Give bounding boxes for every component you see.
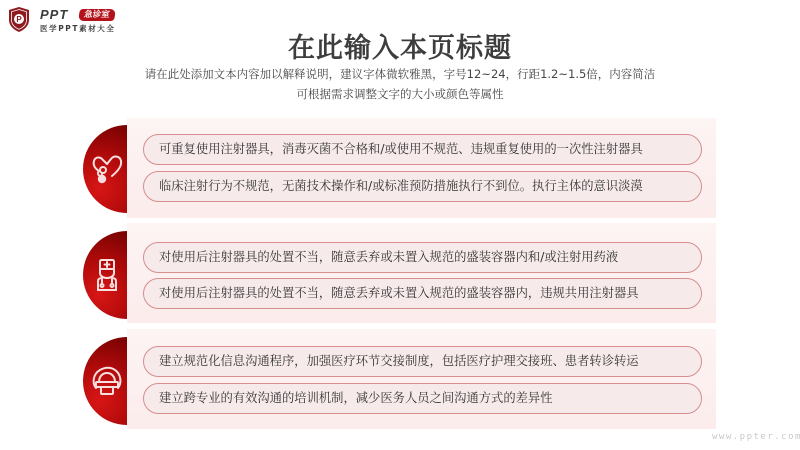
logo-badge: 急诊室: [78, 9, 116, 21]
section-panel-1: [127, 118, 716, 218]
section-badge-1: [83, 125, 127, 213]
page-title: 在此输入本页标题: [0, 26, 800, 65]
section-badge-3: [83, 337, 127, 425]
section-panel-3: [127, 329, 716, 429]
watermark: www.ppter.com: [712, 432, 800, 442]
page-subtitle-line-1: 请在此处添加文本内容加以解释说明，建议字体微软雅黑，字号12~24，行距1.2~…: [0, 66, 800, 82]
list-item: 建立跨专业的有效沟通的培训机制，减少医务人员之间沟通方式的差异性: [143, 383, 702, 414]
list-item: 建立规范化信息沟通程序，加强医疗环节交接制度，包括医疗护理交接班、患者转诊转运: [143, 346, 702, 377]
heart-stethoscope-icon: [90, 151, 124, 187]
section-badge-2: [83, 231, 127, 319]
nurse-icon: [90, 257, 124, 293]
page-subtitle-line-2: 可根据需求调整文字的大小或颜色等属性: [0, 86, 800, 102]
list-item: 对使用后注射器具的处置不当，随意丢弃或未置入规范的盛装容器内，违规共用注射器具: [143, 278, 702, 309]
svg-text:P: P: [16, 15, 22, 24]
medical-scanner-icon: [90, 363, 124, 399]
logo-brand-text: PPT: [40, 7, 68, 22]
list-item: 对使用后注射器具的处置不当，随意丢弃或未置入规范的盛装容器内和/或注射用药液: [143, 242, 702, 273]
list-item: 临床注射行为不规范，无菌技术操作和/或标准预防措施执行不到位。执行主体的意识淡漠: [143, 171, 702, 202]
list-item: 可重复使用注射器具，消毒灭菌不合格和/或使用不规范、违规重复使用的一次性注射器具: [143, 134, 702, 165]
